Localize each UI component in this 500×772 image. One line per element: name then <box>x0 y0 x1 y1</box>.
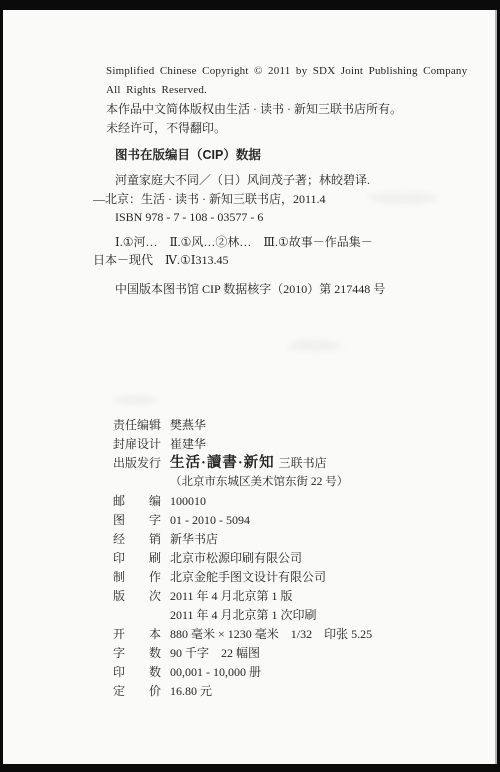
colophon-label: 邮编 <box>113 492 161 511</box>
colophon-value: 崔建华 <box>170 435 495 454</box>
cip-title-line: 河童家庭大不同／（日）风间茂子著；林皎碧译. <box>115 171 393 190</box>
colophon-row-editor: 责任编辑 樊燕华 <box>113 416 495 435</box>
cip-classification-line2: 日本－现代 Ⅳ.①Ⅰ313.45 <box>93 251 393 270</box>
colophon-value: 北京市松源印刷有限公司 <box>170 549 495 568</box>
colophon-row-printing: 2011 年 4 月北京第 1 次印刷 <box>113 606 495 625</box>
colophon-block: 责任编辑 樊燕华 封扉设计 崔建华 出版发行 生活·讀書·新知三联书店 （北京市… <box>113 416 495 701</box>
cip-record-line: 中国版本图书馆 CIP 数据核字（2010）第 217448 号 <box>115 280 393 299</box>
scan-smudge <box>113 395 158 405</box>
colophon-label <box>113 606 161 625</box>
colophon-label: 图字 <box>113 511 161 530</box>
colophon-value: 2011 年 4 月北京第 1 次印刷 <box>170 606 495 625</box>
colophon-value: 01 - 2010 - 5094 <box>170 511 495 530</box>
copyright-chinese-line1: 本作品中文简体版权由生活 · 读书 · 新知三联书店所有。 <box>106 100 495 119</box>
copyright-english-line1: Simplified Chinese Copyright © 2011 by S… <box>106 62 495 81</box>
colophon-row-price: 定价 16.80 元 <box>113 682 495 701</box>
colophon-label: 经销 <box>113 530 161 549</box>
colophon-label <box>113 473 161 492</box>
colophon-value: 2011 年 4 月北京第 1 版 <box>170 587 495 606</box>
colophon-label: 制作 <box>113 568 161 587</box>
colophon-label: 责任编辑 <box>113 416 161 435</box>
colophon-value: 北京金舵手图文设计有限公司 <box>170 568 495 587</box>
publisher-name-suffix: 三联书店 <box>279 456 327 470</box>
colophon-row-cover-design: 封扉设计 崔建华 <box>113 435 495 454</box>
colophon-value: 880 毫米 × 1230 毫米 1/32 印张 5.25 <box>170 625 495 644</box>
colophon-row-word-count: 字数 90 千字 22 幅图 <box>113 644 495 663</box>
cip-data-block: 河童家庭大不同／（日）风间茂子著；林皎碧译. —北京：生活 · 读书 · 新知三… <box>93 171 393 298</box>
colophon-row-edition: 版次 2011 年 4 月北京第 1 版 <box>113 587 495 606</box>
cip-classification-line1: Ⅰ.①河… Ⅱ.①风…②林… Ⅲ.①故事－作品集－ <box>115 233 393 252</box>
colophon-value: 樊燕华 <box>170 416 495 435</box>
colophon-row-print-run: 印数 00,001 - 10,000 册 <box>113 663 495 682</box>
colophon-value: 新华书店 <box>170 530 495 549</box>
colophon-label: 印数 <box>113 663 161 682</box>
colophon-row-address: （北京市东城区美术馆东街 22 号） <box>113 473 495 492</box>
colophon-label: 开本 <box>113 625 161 644</box>
colophon-row-format: 开本 880 毫米 × 1230 毫米 1/32 印张 5.25 <box>113 625 495 644</box>
colophon-row-license-number: 图字 01 - 2010 - 5094 <box>113 511 495 530</box>
colophon-value: 生活·讀書·新知三联书店 <box>170 454 495 473</box>
book-page-scan: Simplified Chinese Copyright © 2011 by S… <box>0 0 500 772</box>
colophon-label: 字数 <box>113 644 161 663</box>
colophon-row-printer: 印刷 北京市松源印刷有限公司 <box>113 549 495 568</box>
colophon-value: 16.80 元 <box>170 682 495 701</box>
cip-publisher-line: —北京：生活 · 读书 · 新知三联书店，2011.4 <box>93 190 393 209</box>
colophon-row-production: 制作 北京金舵手图文设计有限公司 <box>113 568 495 587</box>
colophon-label: 封扉设计 <box>113 435 161 454</box>
copyright-chinese-line2: 未经许可，不得翻印。 <box>106 119 495 138</box>
colophon-label: 印刷 <box>113 549 161 568</box>
colophon-row-postcode: 邮编 100010 <box>113 492 495 511</box>
colophon-row-distributor: 经销 新华书店 <box>113 530 495 549</box>
colophon-label: 版次 <box>113 587 161 606</box>
scan-smudge <box>288 340 343 351</box>
colophon-value: （北京市东城区美术馆东街 22 号） <box>170 473 495 492</box>
colophon-value: 00,001 - 10,000 册 <box>170 663 495 682</box>
colophon-value: 100010 <box>170 492 495 511</box>
copyright-english-line2: All Rights Reserved. <box>106 81 495 100</box>
colophon-value: 90 千字 22 幅图 <box>170 644 495 663</box>
cip-isbn-line: ISBN 978 - 7 - 108 - 03577 - 6 <box>115 208 393 227</box>
colophon-label: 定价 <box>113 682 161 701</box>
colophon-label: 出版发行 <box>113 454 161 473</box>
copyright-notice: Simplified Chinese Copyright © 2011 by S… <box>106 62 495 138</box>
copyright-page: Simplified Chinese Copyright © 2011 by S… <box>3 10 497 764</box>
colophon-row-publisher: 出版发行 生活·讀書·新知三联书店 <box>113 454 495 473</box>
cip-heading: 图书在版编目（CIP）数据 <box>115 146 495 165</box>
sdx-publisher-logo: 生活·讀書·新知 <box>170 455 275 471</box>
